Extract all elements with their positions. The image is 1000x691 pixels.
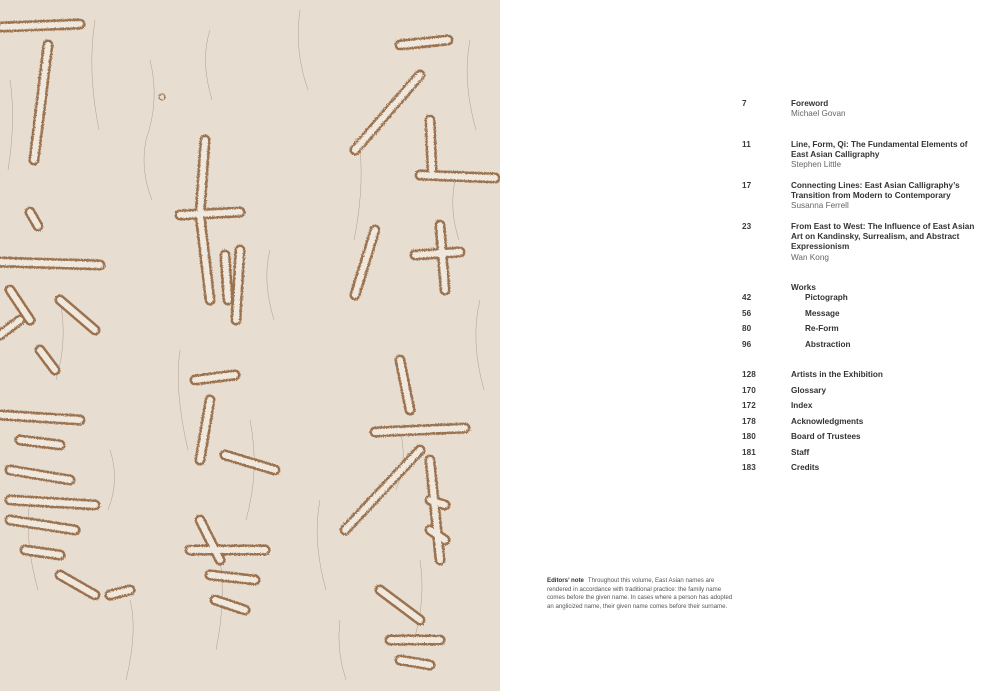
entry-title: Line, Form, Qi: The Fundamental Elements…: [791, 140, 981, 160]
entry-title: Artists in the Exhibition: [791, 370, 981, 380]
page-number: 42: [742, 293, 751, 302]
artwork-page: [0, 0, 500, 691]
calligraphy-artwork: [0, 0, 500, 691]
page-number: 172: [742, 401, 756, 410]
contents-page: 7 Foreword Michael Govan 11 Line, Form, …: [500, 0, 1000, 691]
page-number: 170: [742, 386, 756, 395]
entry-title: Staff: [791, 448, 981, 458]
page-number: 56: [742, 309, 751, 318]
entry-author: Michael Govan: [791, 109, 981, 119]
page-number: 180: [742, 432, 756, 441]
entry-title: Connecting Lines: East Asian Calligraphy…: [791, 181, 981, 201]
entry-title: Abstraction: [805, 340, 995, 350]
entry-title: Message: [805, 309, 995, 319]
entry-author: Susanna Ferrell: [791, 201, 981, 211]
page-number: 183: [742, 463, 756, 472]
entry-author: Wan Kong: [791, 253, 981, 263]
entry-title: Index: [791, 401, 981, 411]
entry-title: From East to West: The Influence of East…: [791, 222, 981, 253]
section-heading: Works: [791, 283, 981, 293]
entry-title: Board of Trustees: [791, 432, 981, 442]
page-number: 128: [742, 370, 756, 379]
page-number: 11: [742, 140, 751, 149]
entry-title: Glossary: [791, 386, 981, 396]
entry-title: Pictograph: [805, 293, 995, 303]
page-number: 181: [742, 448, 756, 457]
entry-title: Credits: [791, 463, 981, 473]
entry-title: Acknowledgments: [791, 417, 981, 427]
page-number: 178: [742, 417, 756, 426]
entry-author: Stephen Little: [791, 160, 981, 170]
book-spread: 7 Foreword Michael Govan 11 Line, Form, …: [0, 0, 1000, 691]
page-number: 23: [742, 222, 751, 231]
editors-note-label: Editors’ note: [547, 577, 584, 584]
page-number: 96: [742, 340, 751, 349]
entry-title: Re-Form: [805, 324, 995, 334]
entry-title: Foreword: [791, 99, 981, 109]
page-number: 7: [742, 99, 747, 108]
page-number: 17: [742, 181, 751, 190]
stain-strokes: [0, 24, 495, 665]
editors-note: Editors’ noteThroughout this volume, Eas…: [547, 577, 737, 611]
page-number: 80: [742, 324, 751, 333]
